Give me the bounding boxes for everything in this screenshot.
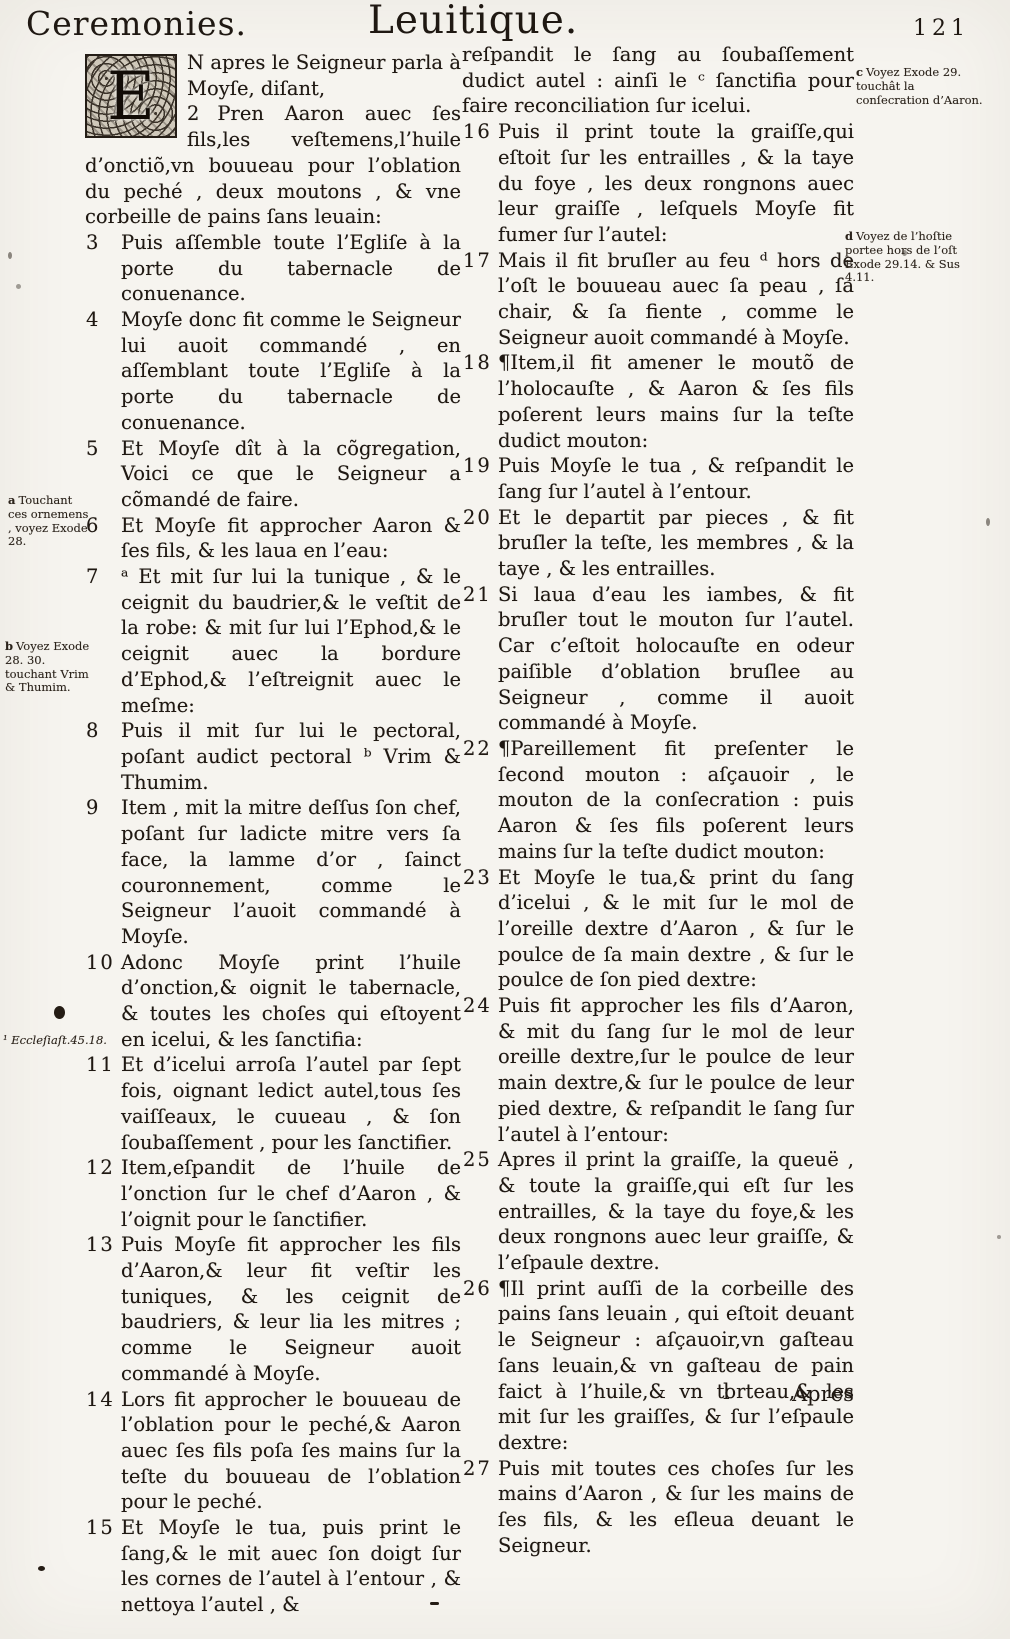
verse-text: Puis il print toute la graiſſe,qui eſtoi… [498, 120, 854, 246]
verse-number: 21 [463, 582, 492, 608]
margin-note-text: Voyez de l’hoſtie portee hors de l’oſt E… [845, 229, 960, 284]
verse-number: 9 [86, 795, 100, 821]
verse: 4Moyſe donc fit comme le Seigneur lui au… [85, 307, 461, 436]
running-header-book-title: Leuitique. [368, 0, 578, 43]
verse-number: 2 [187, 102, 217, 125]
verse-text: Puis il mit ſur lui le pectoral, poſant … [121, 719, 461, 793]
verse-number: 4 [86, 307, 100, 333]
verse-text: Et Moyſe le tua,& print du ſang d’icelui… [498, 866, 854, 992]
verse-number: 19 [463, 453, 492, 479]
verse-number: 12 [86, 1155, 115, 1181]
signature-mark: l [723, 1380, 730, 1404]
verse-text: Puis fit approcher les fils d’Aaron, & m… [498, 994, 854, 1146]
verse: 14Lors fit approcher le bouueau de l’obl… [85, 1387, 461, 1516]
margin-note: cVoyez Exode 29. touchât la conſecration… [856, 66, 984, 107]
verse: 12Item,eſpandit de l’huile de l’onction … [85, 1155, 461, 1232]
margin-note: dVoyez de l’hoſtie portee hors de l’oſt … [845, 230, 987, 285]
verse-text: Et Moyſe dît à la cõgregation, Voici ce … [121, 437, 461, 511]
verse-number: 22 [463, 736, 492, 762]
verse: 17Mais il fit bruſler au feu ᵈ hors de l… [462, 248, 854, 351]
margin-note-text: Touchant ces ornemens , voyez Exode 28. [8, 493, 88, 548]
verse-number: 5 [86, 436, 100, 462]
verse: 15Et Moyſe le tua, puis print le ſang,& … [85, 1515, 461, 1618]
verse-text: Item , mit la mitre deſſus ſon chef, poſ… [121, 796, 461, 948]
verse-text: Adonc Moyſe print l’huile d’onction,& oi… [121, 951, 461, 1051]
text-column-right: reſpandit le ſang au ſoubaſſement dudict… [462, 42, 854, 1558]
verse: 10Adonc Moyſe print l’huile d’onction,& … [85, 950, 461, 1053]
verse-number: 7 [86, 564, 100, 590]
verse: 7ᵃ Et mit ſur lui la tunique , & le ceig… [85, 564, 461, 718]
verse: 9Item , mit la mitre deſſus ſon chef, po… [85, 795, 461, 949]
verse: 13Puis Moyſe fit approcher les fils d’Aa… [85, 1232, 461, 1386]
verse: 23Et Moyſe le tua,& print du ſang d’icel… [462, 865, 854, 994]
verse-number: 24 [463, 993, 492, 1019]
ink-speck [16, 284, 21, 289]
verse-text: ¶Item,il fit amener le moutõ de l’holoca… [498, 351, 854, 451]
verse-continuation: reſpandit le ſang au ſoubaſſement dudict… [462, 42, 854, 119]
book-page-scan: Ceremonies. Leuitique. 121 E N apres le … [0, 0, 1010, 1639]
verse: 6Et Moyſe fit approcher Aaron & ſes fils… [85, 513, 461, 564]
verse-text: Si laua d’eau les iambes, & fit bruſler … [498, 583, 854, 735]
verse-number: 14 [86, 1387, 115, 1413]
margin-note-label: b [5, 639, 16, 653]
verse-text: Apres il print la graiſſe, la queuë , & … [498, 1148, 854, 1274]
verse-number: 23 [463, 865, 492, 891]
intro-block: E N apres le Seigneur parla à Moyſe, diſ… [85, 50, 461, 230]
verse: 24Puis fit approcher les fils d’Aaron, &… [462, 993, 854, 1147]
verse-text: Et d’icelui arroſa l’autel par ſept fois… [121, 1053, 461, 1153]
margin-note-label: c [856, 65, 866, 79]
verse: 19Puis Moyſe le tua , & reſpandit le ſan… [462, 453, 854, 504]
verse: 27Puis mit toutes ces choſes ſur les mai… [462, 1456, 854, 1559]
verse-number: 8 [86, 718, 100, 744]
verse-text: Moyſe donc fit comme le Seigneur lui auo… [121, 308, 461, 434]
ink-speck [38, 1566, 45, 1571]
woodcut-initial: E [85, 54, 177, 138]
verse-text: ᵃ Et mit ſur lui la tunique , & le ceign… [121, 565, 461, 717]
verse-number: 20 [463, 505, 492, 531]
verse: 18¶Item,il fit amener le moutõ de l’holo… [462, 350, 854, 453]
ink-speck [8, 252, 12, 259]
margin-note: aTouchant ces ornemens , voyez Exode 28. [8, 494, 94, 549]
verse: 20Et le departit par pieces , & fit bruſ… [462, 505, 854, 582]
verse-text: Mais il fit bruſler au feu ᵈ hors de l’o… [498, 249, 854, 349]
verse: 25Apres il print la graiſſe, la queuë , … [462, 1147, 854, 1276]
verse-text: N apres le Seigneur parla à Moyſe, diſan… [187, 51, 461, 100]
verse-number: 26 [463, 1276, 492, 1302]
verse-number: 16 [463, 119, 492, 145]
verse-text: Et le departit par pieces , & fit bruſle… [498, 506, 854, 580]
verse-text: Item,eſpandit de l’huile de l’onction ſu… [121, 1156, 461, 1230]
margin-note-text: ¹ Eccleſiaſt.45.18. [3, 1033, 107, 1047]
verse: 5Et Moyſe dît à la cõgregation, Voici ce… [85, 436, 461, 513]
running-header-section: Ceremonies. [26, 4, 247, 43]
verse-number: 10 [86, 950, 115, 976]
ink-speck [430, 1602, 439, 1605]
ink-speck [54, 1006, 65, 1019]
verse: 21Si laua d’eau les iambes, & fit bruſle… [462, 582, 854, 736]
verse: 16Puis il print toute la graiſſe,qui eſt… [462, 119, 854, 248]
drop-cap-letter: E [107, 62, 155, 132]
verse-number: 27 [463, 1456, 492, 1482]
verse-text: ¶Il print auſſi de la corbeille des pain… [498, 1277, 854, 1454]
verse-text: Puis Moyſe fit approcher les fils d’Aaro… [121, 1233, 461, 1385]
verse-text: Lors fit approcher le bouueau de l’oblat… [121, 1388, 461, 1514]
verse-text: Et Moyſe fit approcher Aaron & ſes fils,… [121, 514, 461, 563]
page-number: 121 [913, 16, 970, 41]
margin-note-label: a [8, 493, 18, 507]
margin-note: ¹ Eccleſiaſt.45.18. [3, 1034, 115, 1048]
verse-number: 15 [86, 1515, 115, 1541]
margin-note-text: Voyez Exode 29. touchât la conſecration … [856, 65, 983, 107]
verse-number: 18 [463, 350, 492, 376]
verse: 11Et d’icelui arroſa l’autel par ſept fo… [85, 1052, 461, 1155]
ink-speck [902, 250, 907, 256]
margin-note: bVoyez Exode 28. 30. touchant Vrim & Thu… [5, 640, 97, 695]
margin-note-label: d [845, 229, 856, 243]
verse-number: 13 [86, 1232, 115, 1258]
verse-text: Puis mit toutes ces choſes ſur les mains… [498, 1457, 854, 1557]
catchword: Apres [792, 1382, 854, 1406]
ink-speck [986, 518, 990, 526]
verse: 3Puis aſſemble toute l’Egliſe à la porte… [85, 230, 461, 307]
verse: 8Puis il mit ſur lui le pectoral, poſant… [85, 718, 461, 795]
verse-number: 11 [86, 1052, 115, 1078]
verse-number: 17 [463, 248, 492, 274]
verse: 22¶Pareillement fit preſenter le ſecond … [462, 736, 854, 865]
verse-number: 3 [86, 230, 100, 256]
verse-text: Puis aſſemble toute l’Egliſe à la porte … [121, 231, 461, 305]
verse: 26¶Il print auſſi de la corbeille des pa… [462, 1276, 854, 1456]
ink-speck [997, 1235, 1001, 1239]
verse-number: 25 [463, 1147, 492, 1173]
margin-note-text: Voyez Exode 28. 30. touchant Vrim & Thum… [5, 639, 89, 694]
verse-text: Et Moyſe le tua, puis print le ſang,& le… [121, 1516, 461, 1616]
verse-text: ¶Pareillement fit preſenter le ſecond mo… [498, 737, 854, 863]
verse-text: Puis Moyſe le tua , & reſpandit le ſang … [498, 454, 854, 503]
text-column-left: E N apres le Seigneur parla à Moyſe, diſ… [85, 50, 461, 1618]
